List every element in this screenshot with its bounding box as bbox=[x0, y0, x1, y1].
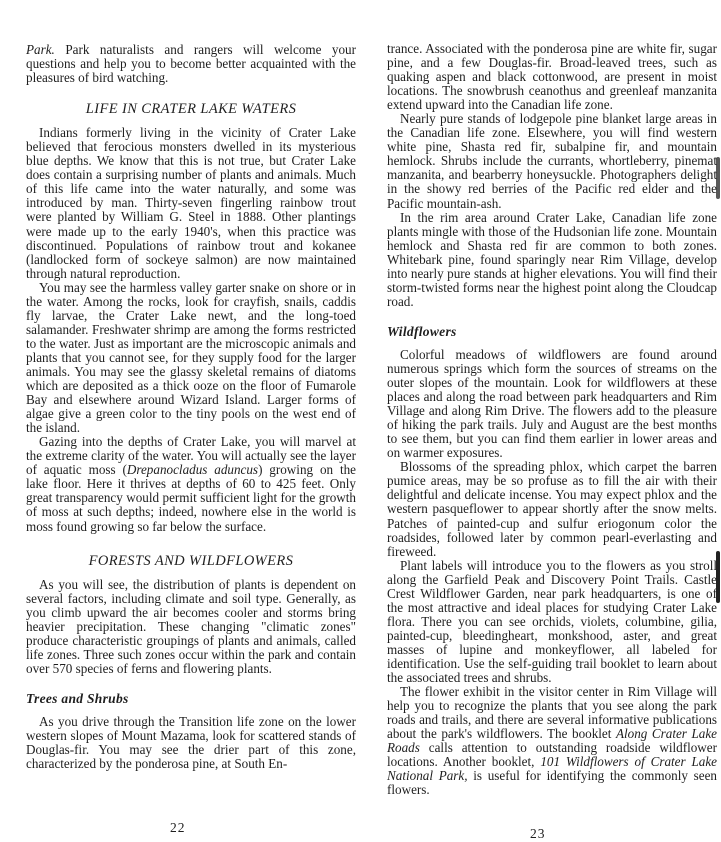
paragraph-trees-continued: trance. Associated with the ponderosa pi… bbox=[387, 42, 717, 112]
paragraph-transition-zone: As you drive through the Transition life… bbox=[26, 715, 356, 771]
intro-paragraph: Park. Park naturalists and rangers will … bbox=[26, 43, 356, 85]
binding-mark-top bbox=[716, 157, 720, 199]
paragraph-plant-distribution: As you will see, the distribution of pla… bbox=[26, 578, 356, 676]
left-column: Park. Park naturalists and rangers will … bbox=[26, 0, 356, 771]
paragraph-garter-snake: You may see the harmless valley garter s… bbox=[26, 281, 356, 436]
paragraph-rim-area: In the rim area around Crater Lake, Cana… bbox=[387, 211, 717, 309]
section-heading-forests-and-wildflowers: FORESTS AND WILDFLOWERS bbox=[26, 554, 356, 568]
subheading-trees-and-shrubs: Trees and Shrubs bbox=[26, 692, 356, 706]
left-page: Park. Park naturalists and rangers will … bbox=[26, 0, 356, 771]
page-number-left: 22 bbox=[170, 820, 186, 836]
paragraph-indians: Indians formerly living in the vicinity … bbox=[26, 126, 356, 281]
subheading-wildflowers: Wildflowers bbox=[387, 325, 717, 339]
paragraph-aquatic-moss: Gazing into the depths of Crater Lake, y… bbox=[26, 435, 356, 533]
page-number-right: 23 bbox=[530, 826, 546, 842]
right-column: trance. Associated with the ponderosa pi… bbox=[387, 6, 717, 797]
section-heading-life-in-crater-lake-waters: LIFE IN CRATER LAKE WATERS bbox=[26, 102, 356, 116]
moss-species-name: Drepanocladus aduncus bbox=[127, 462, 258, 477]
binding-mark-bottom bbox=[716, 551, 720, 603]
intro-text: Park naturalists and rangers will welcom… bbox=[26, 42, 356, 85]
paragraph-flower-exhibit: The flower exhibit in the visitor center… bbox=[387, 685, 717, 797]
paragraph-plant-labels: Plant labels will introduce you to the f… bbox=[387, 559, 717, 685]
right-page: trance. Associated with the ponderosa pi… bbox=[387, 6, 717, 797]
paragraph-colorful-meadows: Colorful meadows of wildflowers are foun… bbox=[387, 348, 717, 460]
intro-lead-italic: Park. bbox=[26, 42, 55, 57]
paragraph-spreading-phlox: Blossoms of the spreading phlox, which c… bbox=[387, 460, 717, 558]
paragraph-lodgepole-pine: Nearly pure stands of lodgepole pine bla… bbox=[387, 112, 717, 210]
